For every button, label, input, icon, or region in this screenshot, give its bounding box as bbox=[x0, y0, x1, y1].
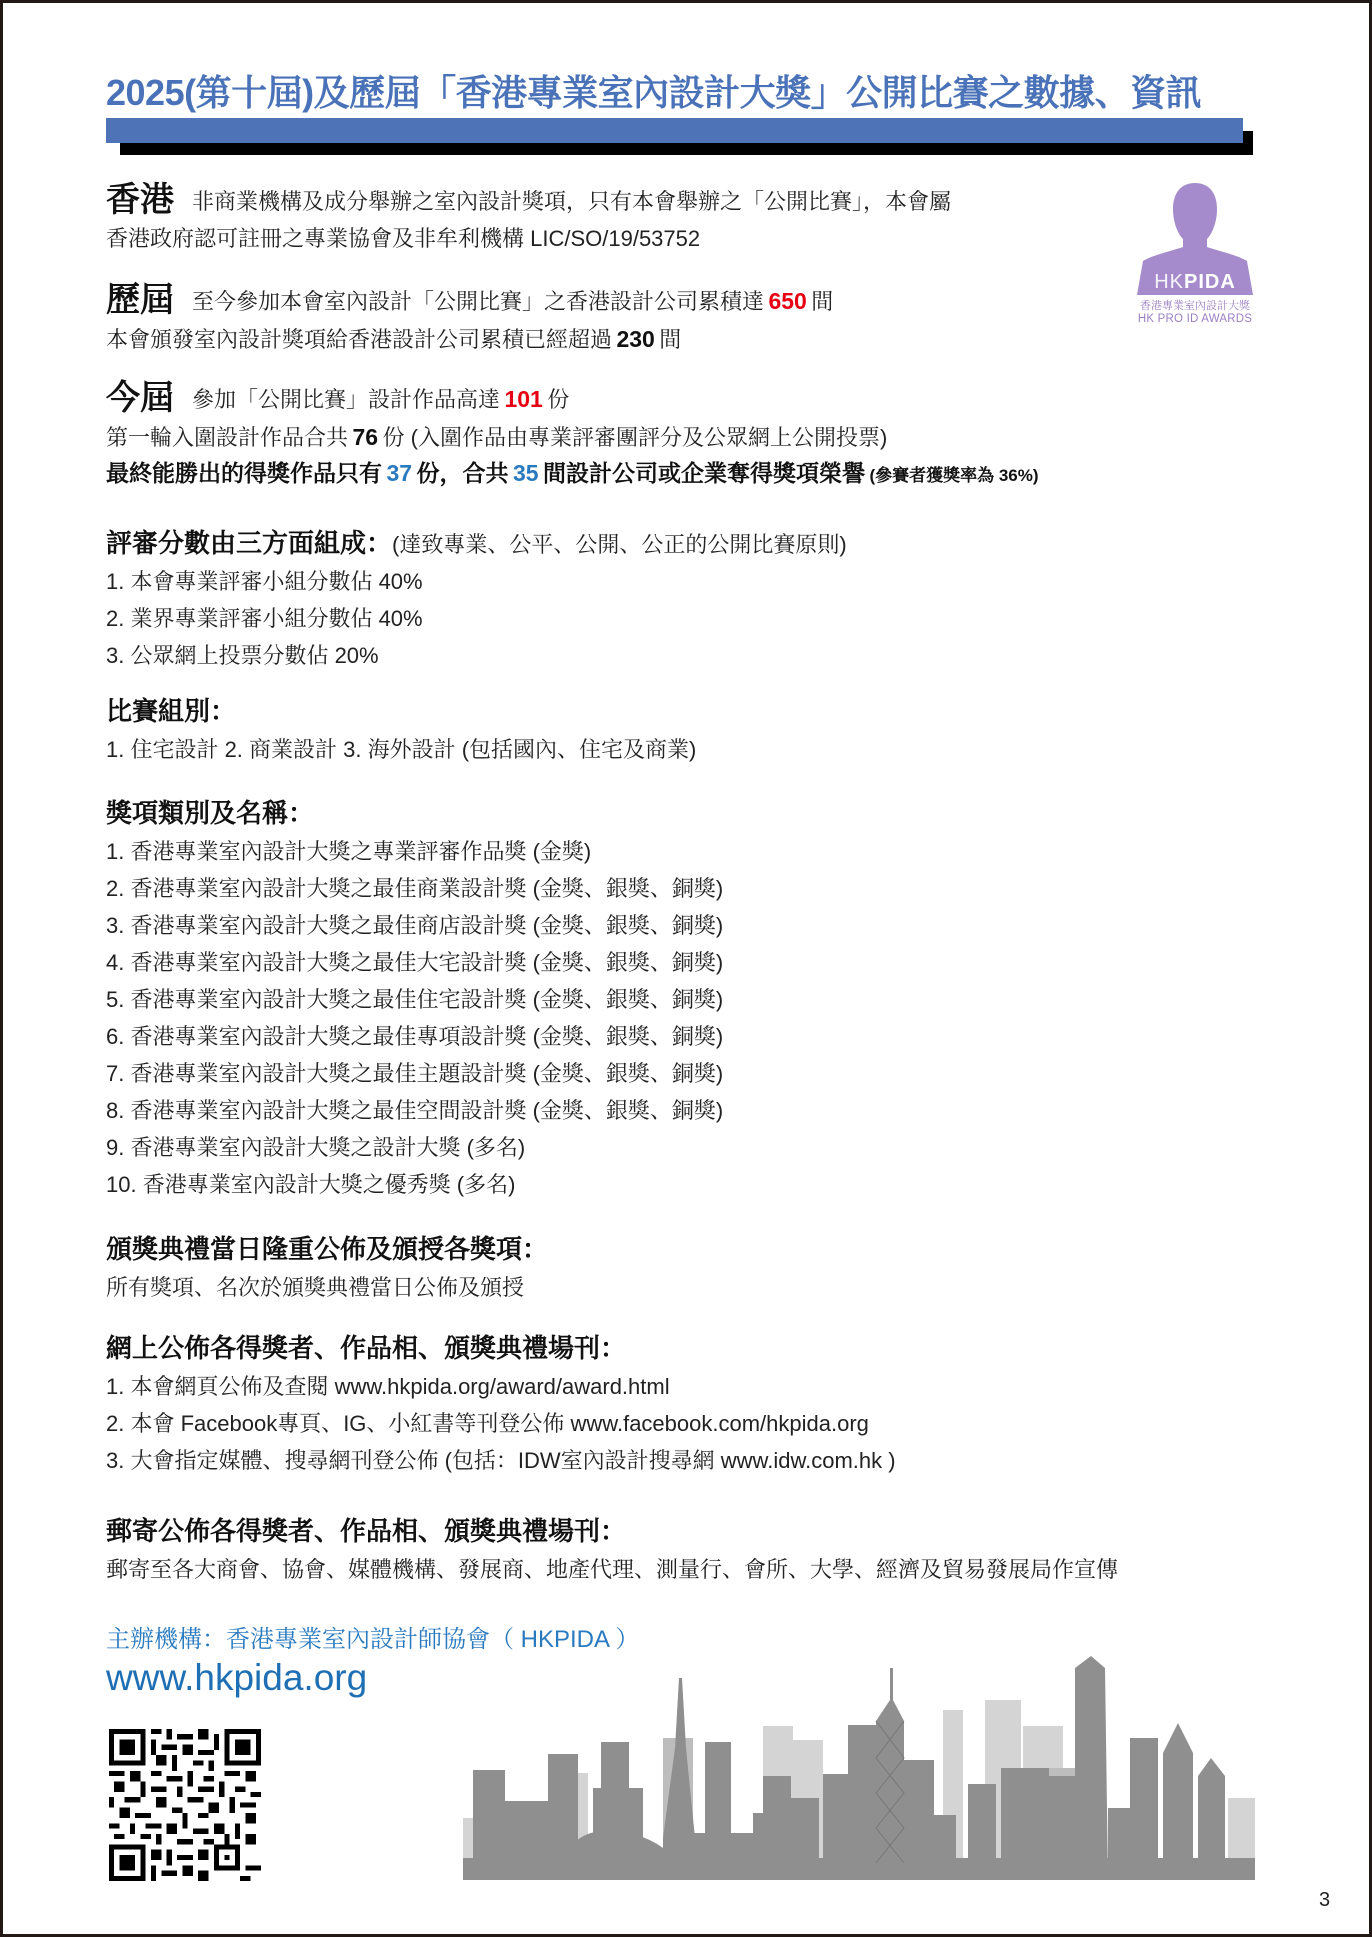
hkpida-logo: HKPIDA 香港專業室內設計大獎 HK PRO ID AWARDS bbox=[1131, 181, 1259, 331]
section-mail: 郵寄公佈各得獎者、作品相、頒獎典禮場刊： 郵寄至各大商會、協會、媒體機構、發展商… bbox=[106, 1511, 1118, 1588]
online-item: 1. 本會網頁公佈及查閱 www.hkpida.org/award/award.… bbox=[106, 1368, 896, 1405]
past-companies-count: 650 bbox=[768, 288, 806, 314]
award-item: 6. 香港專業室內設計大獎之最佳專項設計獎 (金獎、銀獎、銅獎) bbox=[106, 1018, 723, 1055]
winners-count: 37 bbox=[386, 460, 412, 486]
current-line3-b: 份，合共 bbox=[417, 460, 509, 486]
logo-zh: 香港專業室內設計大獎 bbox=[1131, 297, 1259, 313]
page: 2025(第十屆)及歷屆「香港專業室內設計大獎」公開比賽之數據、資訊 HKPID… bbox=[0, 0, 1372, 1937]
current-line3-c: 間設計公司或企業奪得獎項榮譽 bbox=[543, 460, 865, 486]
past-line2-text: 本會頒發室內設計獎項給香港設計公司累積已經超過 bbox=[106, 327, 612, 352]
award-item: 5. 香港專業室內設計大獎之最佳住宅設計獎 (金獎、銀獎、銅獎) bbox=[106, 981, 723, 1018]
hk-line2: 香港政府認可註冊之專業協會及非牟利機構 LIC/SO/19/53752 bbox=[106, 226, 700, 251]
scoring-heading: 評審分數由三方面組成： bbox=[106, 528, 392, 558]
entries-count: 101 bbox=[504, 386, 542, 412]
win-rate-note: (參賽者獲獎率為 36%) bbox=[869, 466, 1038, 485]
online-item: 2. 本會 Facebook專頁、IG、小紅書等刊登公佈 www.faceboo… bbox=[106, 1405, 896, 1442]
scoring-item: 1. 本會專業評審小組分數佔 40% bbox=[106, 563, 847, 600]
person-silhouette-icon: HKPIDA bbox=[1131, 181, 1259, 295]
section-awards: 獎項類別及名稱： 1. 香港專業室內設計大獎之專業評審作品獎 (金獎) 2. 香… bbox=[106, 793, 723, 1203]
award-item: 3. 香港專業室內設計大獎之最佳商店設計獎 (金獎、銀獎、銅獎) bbox=[106, 907, 723, 944]
mail-heading: 郵寄公佈各得獎者、作品相、頒獎典禮場刊： bbox=[106, 1511, 1118, 1551]
current-line1-text: 參加「公開比賽」設計作品高達 bbox=[192, 387, 500, 412]
awards-heading: 獎項類別及名稱： bbox=[106, 793, 723, 833]
section-scoring: 評審分數由三方面組成：(達致專業、公平、公開、公正的公開比賽原則) 1. 本會專… bbox=[106, 523, 847, 674]
scoring-sub: (達致專業、公平、公開、公正的公開比賽原則) bbox=[392, 532, 847, 557]
award-item: 8. 香港專業室內設計大獎之最佳空間設計獎 (金獎、銀獎、銅獎) bbox=[106, 1092, 723, 1129]
hk-line1: 非商業機構及成分舉辦之室內設計獎項，只有本會舉辦之「公開比賽」，本會屬 bbox=[192, 189, 951, 214]
shortlist-count: 76 bbox=[352, 424, 378, 450]
award-item: 10. 香港專業室內設計大獎之優秀獎 (多名) bbox=[106, 1166, 723, 1203]
qr-code-icon[interactable] bbox=[109, 1729, 261, 1881]
past-awards-count: 230 bbox=[616, 326, 654, 352]
award-item: 2. 香港專業室內設計大獎之最佳商業設計獎 (金獎、銀獎、銅獎) bbox=[106, 870, 723, 907]
categories-line: 1. 住宅設計 2. 商業設計 3. 海外設計 (包括國內、住宅及商業) bbox=[106, 731, 696, 768]
current-label: 今屆 bbox=[106, 379, 174, 417]
mail-line: 郵寄至各大商會、協會、媒體機構、發展商、地產代理、測量行、會所、大學、經濟及貿易… bbox=[106, 1551, 1118, 1588]
section-online: 網上公佈各得獎者、作品相、頒獎典禮場刊： 1. 本會網頁公佈及查閱 www.hk… bbox=[106, 1328, 896, 1479]
current-line3-a: 最終能勝出的得獎作品只有 bbox=[106, 460, 382, 486]
section-ceremony: 頒獎典禮當日隆重公佈及頒授各獎項： 所有獎項、名次於頒獎典禮當日公佈及頒授 bbox=[106, 1229, 548, 1306]
section-hk: 香港非商業機構及成分舉辦之室內設計獎項，只有本會舉辦之「公開比賽」，本會屬 香港… bbox=[106, 179, 951, 257]
hk-label: 香港 bbox=[106, 181, 174, 219]
award-item: 9. 香港專業室內設計大獎之設計大獎 (多名) bbox=[106, 1129, 723, 1166]
website-link[interactable]: www.hkpida.org bbox=[106, 1657, 367, 1699]
past-line1-suffix: 間 bbox=[811, 289, 833, 314]
section-categories: 比賽組別： 1. 住宅設計 2. 商業設計 3. 海外設計 (包括國內、住宅及商… bbox=[106, 691, 696, 768]
hong-kong-skyline-image bbox=[463, 1648, 1255, 1880]
past-line2-suffix: 間 bbox=[659, 327, 681, 352]
current-line2-text: 第一輪入圍設計作品合共 bbox=[106, 425, 348, 450]
winning-companies-count: 35 bbox=[513, 460, 539, 486]
logo-en: HK PRO ID AWARDS bbox=[1131, 313, 1259, 325]
section-current: 今屆參加「公開比賽」設計作品高達 101 份 第一輪入圍設計作品合共 76 份 … bbox=[106, 377, 1039, 491]
categories-heading: 比賽組別： bbox=[106, 691, 696, 731]
current-line2-suffix: 份 (入圍作品由專業評審團評分及公眾網上公開投票) bbox=[383, 425, 888, 450]
award-item: 7. 香港專業室內設計大獎之最佳主題設計獎 (金獎、銀獎、銅獎) bbox=[106, 1055, 723, 1092]
past-line1-text: 至今參加本會室內設計「公開比賽」之香港設計公司累積達 bbox=[192, 289, 764, 314]
ceremony-heading: 頒獎典禮當日隆重公佈及頒授各獎項： bbox=[106, 1229, 548, 1269]
online-item: 3. 大會指定媒體、搜尋網刊登公佈 (包括：IDW室內設計搜尋網 www.idw… bbox=[106, 1442, 896, 1479]
award-item: 1. 香港專業室內設計大獎之專業評審作品獎 (金獎) bbox=[106, 833, 723, 870]
ceremony-line: 所有獎項、名次於頒獎典禮當日公佈及頒授 bbox=[106, 1269, 548, 1306]
page-number: 3 bbox=[1319, 1889, 1330, 1912]
online-heading: 網上公佈各得獎者、作品相、頒獎典禮場刊： bbox=[106, 1328, 896, 1368]
title-bar bbox=[106, 118, 1243, 143]
past-label: 歷屆 bbox=[106, 281, 174, 319]
section-past: 歷屆至今參加本會室內設計「公開比賽」之香港設計公司累積達 650 間 本會頒發室… bbox=[106, 279, 833, 357]
scoring-item: 2. 業界專業評審小組分數佔 40% bbox=[106, 600, 847, 637]
current-line1-suffix: 份 bbox=[547, 387, 569, 412]
svg-text:HKPIDA: HKPIDA bbox=[1154, 271, 1236, 293]
award-item: 4. 香港專業室內設計大獎之最佳大宅設計獎 (金獎、銀獎、銅獎) bbox=[106, 944, 723, 981]
page-title: 2025(第十屆)及歷屆「香港專業室內設計大獎」公開比賽之數據、資訊 bbox=[106, 65, 1201, 116]
scoring-item: 3. 公眾網上投票分數佔 20% bbox=[106, 637, 847, 674]
